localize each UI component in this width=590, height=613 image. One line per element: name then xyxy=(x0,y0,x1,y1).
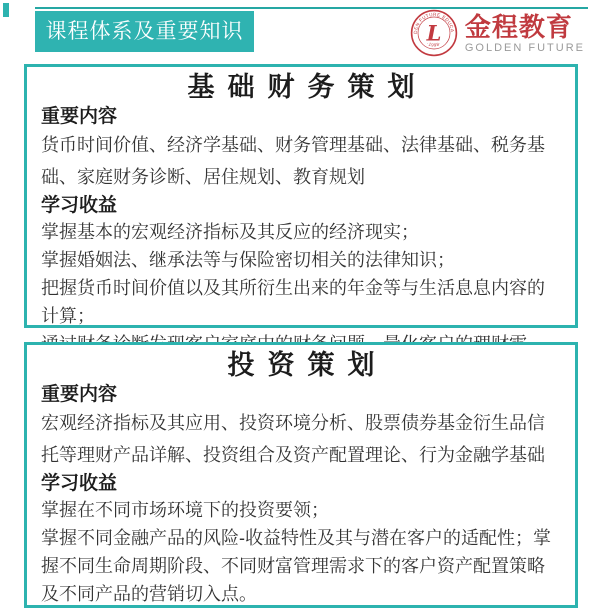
section-title: 投资策划 xyxy=(41,349,561,381)
benefit-item: 把握货币时间价值以及其所衍生出来的年金等与生活息息内容的计算； xyxy=(41,274,561,330)
section-title: 基础财务策划 xyxy=(41,71,561,103)
important-content-text: 货币时间价值、经济学基础、财务管理基础、法律基础、税务基础、家庭财务诊断、居住规… xyxy=(41,129,561,193)
learning-benefits-label: 学习收益 xyxy=(41,194,561,217)
important-content-label: 重要内容 xyxy=(41,383,561,406)
benefit-item: 掌握在不同市场环境下的投资要领； xyxy=(41,496,561,524)
seal-monogram: L xyxy=(425,21,441,46)
benefit-item: 掌握不同金融产品的风险-收益特性及其与潜在客户的适配性；掌握不同生命周期阶段、不… xyxy=(41,524,561,608)
important-content-text: 宏观经济指标及其应用、投资环境分析、股票债券基金衍生品信托等理财产品详解、投资组… xyxy=(41,407,561,471)
learning-benefits-label: 学习收益 xyxy=(41,472,561,495)
brand-logo: GOLDEN FUTURE EDUCATION ·1998· L 金程教育 GO… xyxy=(410,9,585,57)
brand-seal-icon: GOLDEN FUTURE EDUCATION ·1998· L xyxy=(410,9,458,57)
benefit-item: 掌握基本的宏观经济指标及其反应的经济现实； xyxy=(41,218,561,246)
benefit-item: 掌握婚姻法、继承法等与保险密切相关的法律知识； xyxy=(41,246,561,274)
section-basic-financial-planning: 基础财务策划 重要内容 货币时间价值、经济学基础、财务管理基础、法律基础、税务基… xyxy=(24,64,578,328)
section-investment-planning: 投资策划 重要内容 宏观经济指标及其应用、投资环境分析、股票债券基金衍生品信托等… xyxy=(24,342,578,608)
brand-name-en: GOLDEN FUTURE xyxy=(465,42,585,54)
left-accent-bar xyxy=(3,3,9,17)
page: 课程体系及重要知识点 GOLDEN FUTURE EDUCATION ·1998… xyxy=(0,0,590,613)
brand-name-cn: 金程教育 xyxy=(465,13,585,41)
important-content-label: 重要内容 xyxy=(41,105,561,128)
brand-text: 金程教育 GOLDEN FUTURE xyxy=(465,13,585,54)
page-title-banner: 课程体系及重要知识点 xyxy=(35,11,254,52)
